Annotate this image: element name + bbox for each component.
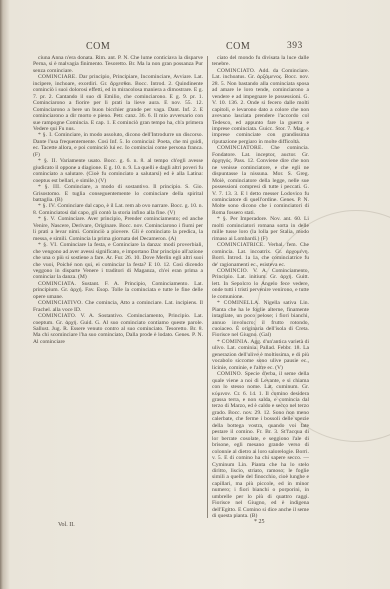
- entry-text: Cominciare. Aver principio, Prender comi…: [33, 216, 203, 241]
- page-number: 393: [287, 41, 303, 51]
- entry-text: Che comincia. Fondatore. Lat. inceptor, …: [212, 145, 309, 216]
- dictionary-entry: * COMINIA. Agg. d'un'antica varietà di u…: [212, 339, 309, 371]
- entry-headword: COMINCIATRICE.: [217, 242, 265, 248]
- dictionary-entry: * §. V. Cominciare. Aver principio, Pren…: [33, 216, 203, 242]
- dictionary-entry: COMINCIATA. Sustant. F. A. Principio, Co…: [33, 281, 203, 300]
- left-running-head: COM: [86, 41, 110, 52]
- dictionary-entry: * §. Per Imperadore. Nov. ant. 60. Li mo…: [212, 216, 309, 242]
- entry-text: Nigella sativa Lin. Pianta che ha le fog…: [212, 300, 309, 338]
- entry-text: Cominciare, in modo assoluto, dicono del…: [33, 132, 203, 157]
- entry-headword: * COMINIA.: [217, 339, 249, 345]
- entry-headword: * §. VI.: [38, 242, 58, 248]
- dictionary-entry: ciato del mondo fu divisata la luce dall…: [212, 55, 309, 68]
- entry-headword: * §. IV.: [38, 203, 56, 209]
- entry-headword: COMINCIATA.: [38, 281, 76, 287]
- dictionary-entry: COMINCIATO. V. A. Sostantivo. Cominciame…: [33, 313, 203, 345]
- signature-mark: * 25: [254, 519, 265, 525]
- entry-headword: * §. V.: [38, 216, 56, 222]
- dictionary-entry: COMINCIATO. Add. da Cominciare. Lat. inc…: [212, 68, 309, 145]
- dictionary-entry: * COMINELLA. Nigella sativa Lin. Pianta …: [212, 300, 309, 339]
- dictionary-entry: * §. II. Variamente usato. Bocc. g. 6. n…: [33, 158, 203, 184]
- entry-text: Per Imperadore. Nov. ant. 60. Li molti c…: [212, 216, 309, 241]
- entry-headword: * COMINELLA.: [217, 300, 260, 306]
- entry-headword: COMINO.: [217, 371, 243, 377]
- entry-text: Cominciare dal capo, è il Lat. rem ab ov…: [33, 203, 203, 215]
- entry-text: Dar principio, Principiare, Incominciare…: [33, 74, 203, 132]
- entry-headword: * §. III.: [38, 184, 61, 190]
- dictionary-page: COM COM 393 ciuna Anna n'era donata. Rim…: [0, 0, 390, 589]
- entry-text: Variamente usato. Bocc. g. 6. n. 8. al t…: [33, 158, 203, 183]
- column-divider: [207, 56, 208, 518]
- entry-headword: COMINCIARE.: [38, 74, 77, 80]
- dictionary-entry: ciuna Anna n'era donata. Rim. ant. P. N.…: [33, 55, 203, 74]
- running-header: COM COM 393: [0, 41, 390, 55]
- right-column: ciato del mondo fu divisata la luce dall…: [212, 55, 309, 520]
- left-column: ciuna Anna n'era donata. Rim. ant. P. N.…: [33, 55, 203, 345]
- right-running-head: COM: [226, 41, 250, 52]
- entry-headword: * §.: [217, 216, 227, 222]
- entry-headword: COMINCIATORE.: [217, 145, 263, 151]
- entry-headword: * §. II.: [38, 158, 57, 164]
- dictionary-entry: COMINCIO. V. A. Cominciamento, Principio…: [212, 268, 309, 300]
- entry-text: Cominciare la festa, e Cominciare la dan…: [33, 242, 203, 280]
- entry-text: Specie d'erba, il seme della quale viene…: [212, 371, 309, 519]
- dictionary-entry: COMINCIARE. Dar principio, Principiare, …: [33, 74, 203, 132]
- volume-label: Vol. II.: [58, 522, 75, 528]
- dictionary-entry: * §. IV. Cominciare dal capo, è il Lat. …: [33, 203, 203, 216]
- dictionary-entry: * §. I. Cominciare, in modo assoluto, di…: [33, 132, 203, 158]
- entry-headword: COMINCIATIVO.: [38, 300, 83, 306]
- entry-headword: COMINCIATO.: [217, 68, 256, 74]
- dictionary-entry: * §. III. Cominciare, a modo di sostanti…: [33, 184, 203, 203]
- entry-text: ciuna Anna n'era donata. Rim. ant. P. N.…: [33, 55, 203, 74]
- dictionary-entry: COMINCIATIVO. Che comincia, Atto a comin…: [33, 300, 203, 313]
- entry-headword: * §. I.: [38, 132, 53, 138]
- entry-headword: COMINCIO.: [217, 268, 248, 274]
- dictionary-entry: COMINCIATORE. Che comincia. Fondatore. L…: [212, 145, 309, 216]
- entry-headword: COMINCIATO.: [38, 313, 77, 319]
- entry-text: ciato del mondo fu divisata la luce dall…: [212, 55, 309, 67]
- dictionary-entry: COMINCIATRICE. Verbal. fem. Che comincia…: [212, 242, 309, 268]
- entry-text: Add. da Cominciare. Lat. inchoatus. Gr. …: [212, 68, 309, 145]
- dictionary-entry: * §. VI. Cominciare la festa, e Comincia…: [33, 242, 203, 281]
- dictionary-entry: COMINO. Specie d'erba, il seme della qua…: [212, 371, 309, 519]
